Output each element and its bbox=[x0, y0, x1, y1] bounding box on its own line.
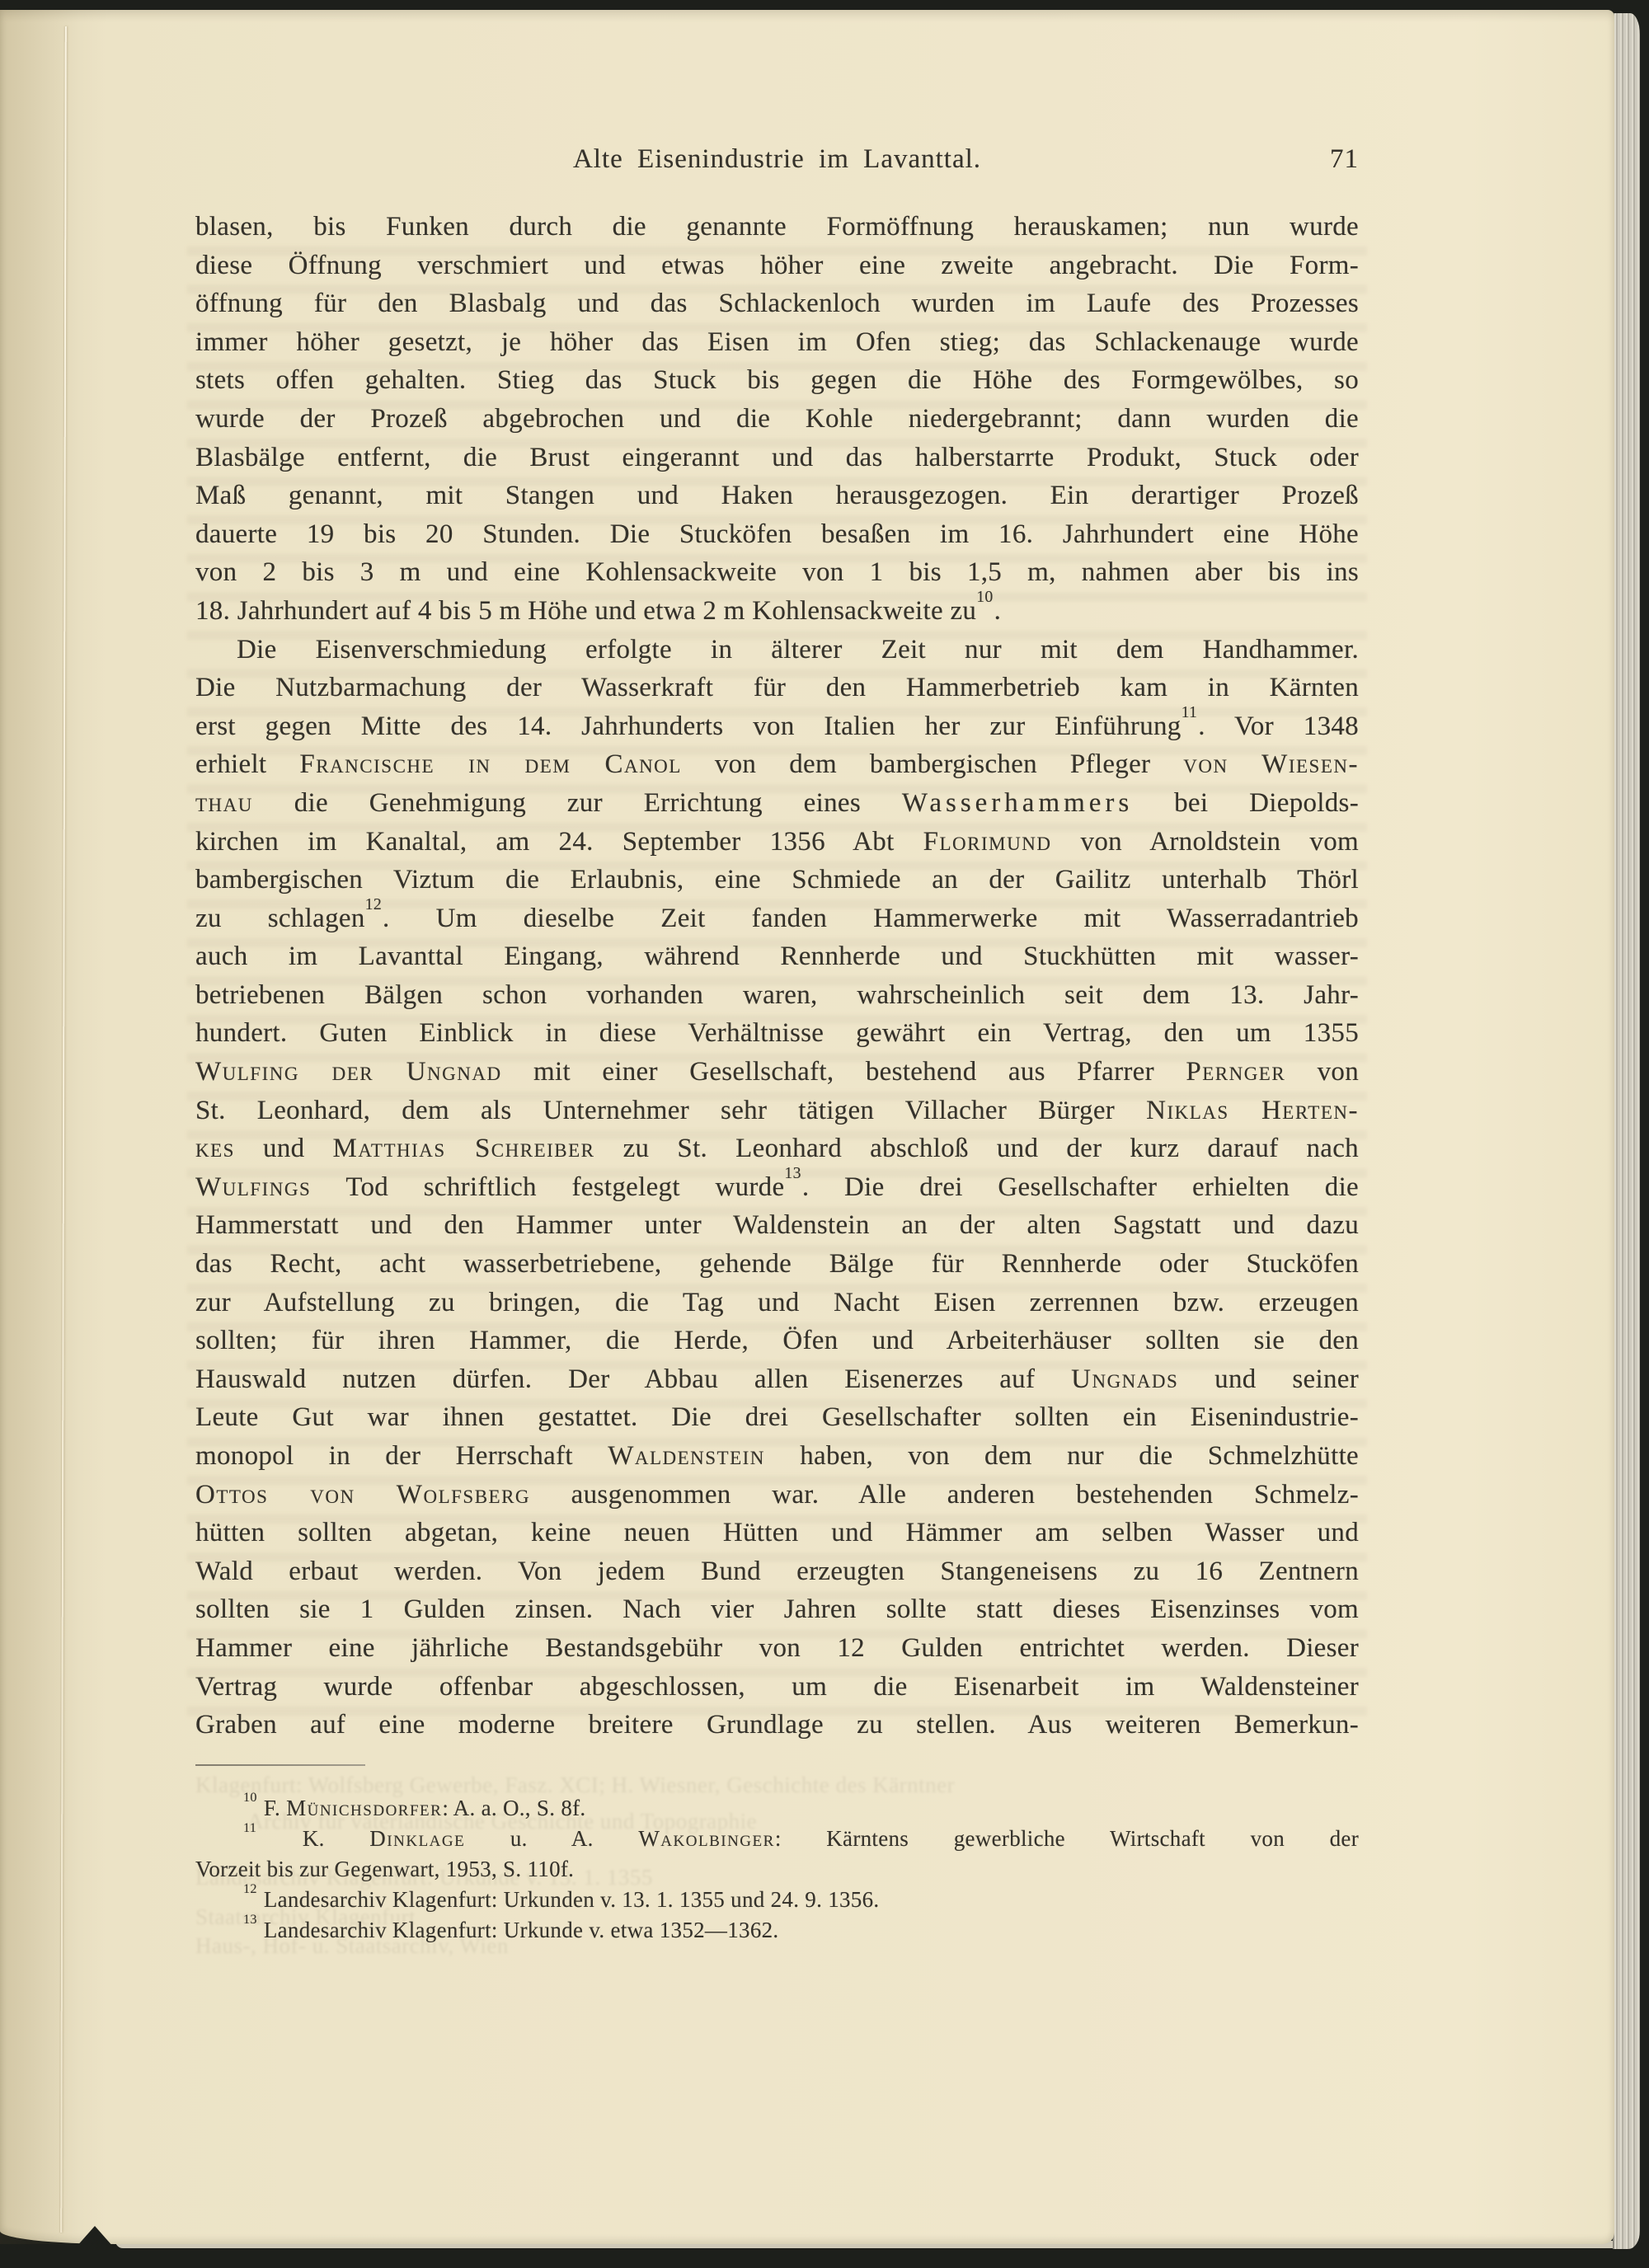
running-title: Alte Eisenindustrie im Lavanttal. bbox=[195, 144, 1359, 175]
page-number: 71 bbox=[1330, 144, 1359, 175]
text-line: erhielt Francische in dem Canol von dem … bbox=[195, 745, 1359, 784]
text-line: Ottos von Wolfsberg ausgenommen war. All… bbox=[195, 1476, 1359, 1514]
text-line: diese Öffnung verschmiert und etwas höhe… bbox=[195, 247, 1359, 285]
footnote-line: 12 Landesarchiv Klagenfurt: Urkunden v. … bbox=[195, 1885, 1359, 1915]
text-line: von 2 bis 3 m und eine Kohlensackweite v… bbox=[195, 553, 1359, 592]
footnote-line: 11 K. Dinklage u. A. Wakolbinger: Kärnte… bbox=[195, 1824, 1359, 1854]
fore-edge-pages bbox=[1613, 13, 1640, 2249]
text-line: Blasbälge entfernt, die Brust eingerannt… bbox=[195, 439, 1359, 477]
text-line: öffnung für den Blasbalg und das Schlack… bbox=[195, 284, 1359, 323]
text-line: Wulfing der Ungnad mit einer Gesellschaf… bbox=[195, 1053, 1359, 1092]
paragraph-2: Die Eisenverschmiedung erfolgte in älter… bbox=[195, 631, 1359, 1744]
text-line: stets offen gehalten. Stieg das Stuck bi… bbox=[195, 361, 1359, 400]
gutter-crease bbox=[60, 26, 67, 2233]
text-line: hundert. Guten Einblick in diese Verhält… bbox=[195, 1014, 1359, 1053]
footnotes-block: 10 F. Münichsdorfer: A. a. O., S. 8f.11 … bbox=[195, 1793, 1359, 1946]
footnote-line: 13 Landesarchiv Klagenfurt: Urkunde v. e… bbox=[195, 1915, 1359, 1946]
page-header: Alte Eisenindustrie im Lavanttal. 71 bbox=[195, 144, 1359, 181]
text-line: kes und Matthias Schreiber zu St. Leonha… bbox=[195, 1129, 1359, 1168]
text-line: immer höher gesetzt, je höher das Eisen … bbox=[195, 323, 1359, 362]
text-line: sollten sie 1 Gulden zinsen. Nach vier J… bbox=[195, 1590, 1359, 1629]
gutter-shadow bbox=[0, 10, 107, 2244]
text-line: betriebenen Bälgen schon vorhanden waren… bbox=[195, 976, 1359, 1015]
text-line: wurde der Prozeß abgebrochen und die Koh… bbox=[195, 400, 1359, 439]
text-line: zur Aufstellung zu bringen, die Tag und … bbox=[195, 1284, 1359, 1322]
text-line: erst gegen Mitte des 14. Jahrhunderts vo… bbox=[195, 707, 1359, 746]
paragraph-1: blasen, bis Funken durch die genannte Fo… bbox=[195, 208, 1359, 631]
text-line: thau die Genehmigung zur Errichtung eine… bbox=[195, 784, 1359, 823]
footnote-line: 10 F. Münichsdorfer: A. a. O., S. 8f. bbox=[195, 1793, 1359, 1824]
text-line: monopol in der Herrschaft Waldenstein ha… bbox=[195, 1437, 1359, 1476]
text-line: Wulfings Tod schriftlich festgelegt wurd… bbox=[195, 1168, 1359, 1207]
text-line: Die Nutzbarmachung der Wasserkraft für d… bbox=[195, 669, 1359, 707]
text-line: Maß genannt, mit Stangen und Haken herau… bbox=[195, 477, 1359, 515]
text-line: das Recht, acht wasserbetriebene, gehend… bbox=[195, 1245, 1359, 1284]
text-line: hütten sollten abgetan, keine neuen Hütt… bbox=[195, 1514, 1359, 1552]
book-photo: Alte Eisenindustrie im Lavanttal. 71 bla… bbox=[0, 0, 1649, 2268]
text-line: Hammerstatt und den Hammer unter Waldens… bbox=[195, 1206, 1359, 1245]
footnote-line: Vorzeit bis zur Gegenwart, 1953, S. 110f… bbox=[195, 1854, 1359, 1885]
text-line: zu schlagen12. Um dieselbe Zeit fanden H… bbox=[195, 899, 1359, 938]
page-body: blasen, bis Funken durch die genannte Fo… bbox=[195, 208, 1359, 1744]
text-line: Graben auf eine moderne breitere Grundla… bbox=[195, 1706, 1359, 1744]
text-line: Hammer eine jährliche Bestandsgebühr von… bbox=[195, 1629, 1359, 1668]
text-line: St. Leonhard, dem als Unternehmer sehr t… bbox=[195, 1092, 1359, 1130]
text-line: Wald erbaut werden. Von jedem Bund erzeu… bbox=[195, 1552, 1359, 1591]
text-line: Hauswald nutzen dürfen. Der Abbau allen … bbox=[195, 1360, 1359, 1399]
text-line: 18. Jahrhundert auf 4 bis 5 m Höhe und e… bbox=[195, 592, 1359, 631]
text-line: auch im Lavanttal Eingang, während Rennh… bbox=[195, 937, 1359, 976]
text-line: kirchen im Kanaltal, am 24. September 13… bbox=[195, 823, 1359, 862]
gutter-bottom-notch bbox=[76, 2226, 114, 2247]
text-line: dauerte 19 bis 20 Stunden. Die Stucköfen… bbox=[195, 515, 1359, 554]
text-line: Leute Gut war ihnen gestattet. Die drei … bbox=[195, 1398, 1359, 1437]
text-line: blasen, bis Funken durch die genannte Fo… bbox=[195, 208, 1359, 247]
text-line: Die Eisenverschmiedung erfolgte in älter… bbox=[195, 631, 1359, 669]
footnote-separator-rule bbox=[195, 1764, 365, 1766]
text-line: sollten; für ihren Hammer, die Herde, Öf… bbox=[195, 1322, 1359, 1360]
text-line: Vertrag wurde offenbar abgeschlossen, um… bbox=[195, 1668, 1359, 1707]
book-page: Alte Eisenindustrie im Lavanttal. 71 bla… bbox=[0, 10, 1614, 2244]
text-line: bambergischen Viztum die Erlaubnis, eine… bbox=[195, 861, 1359, 899]
